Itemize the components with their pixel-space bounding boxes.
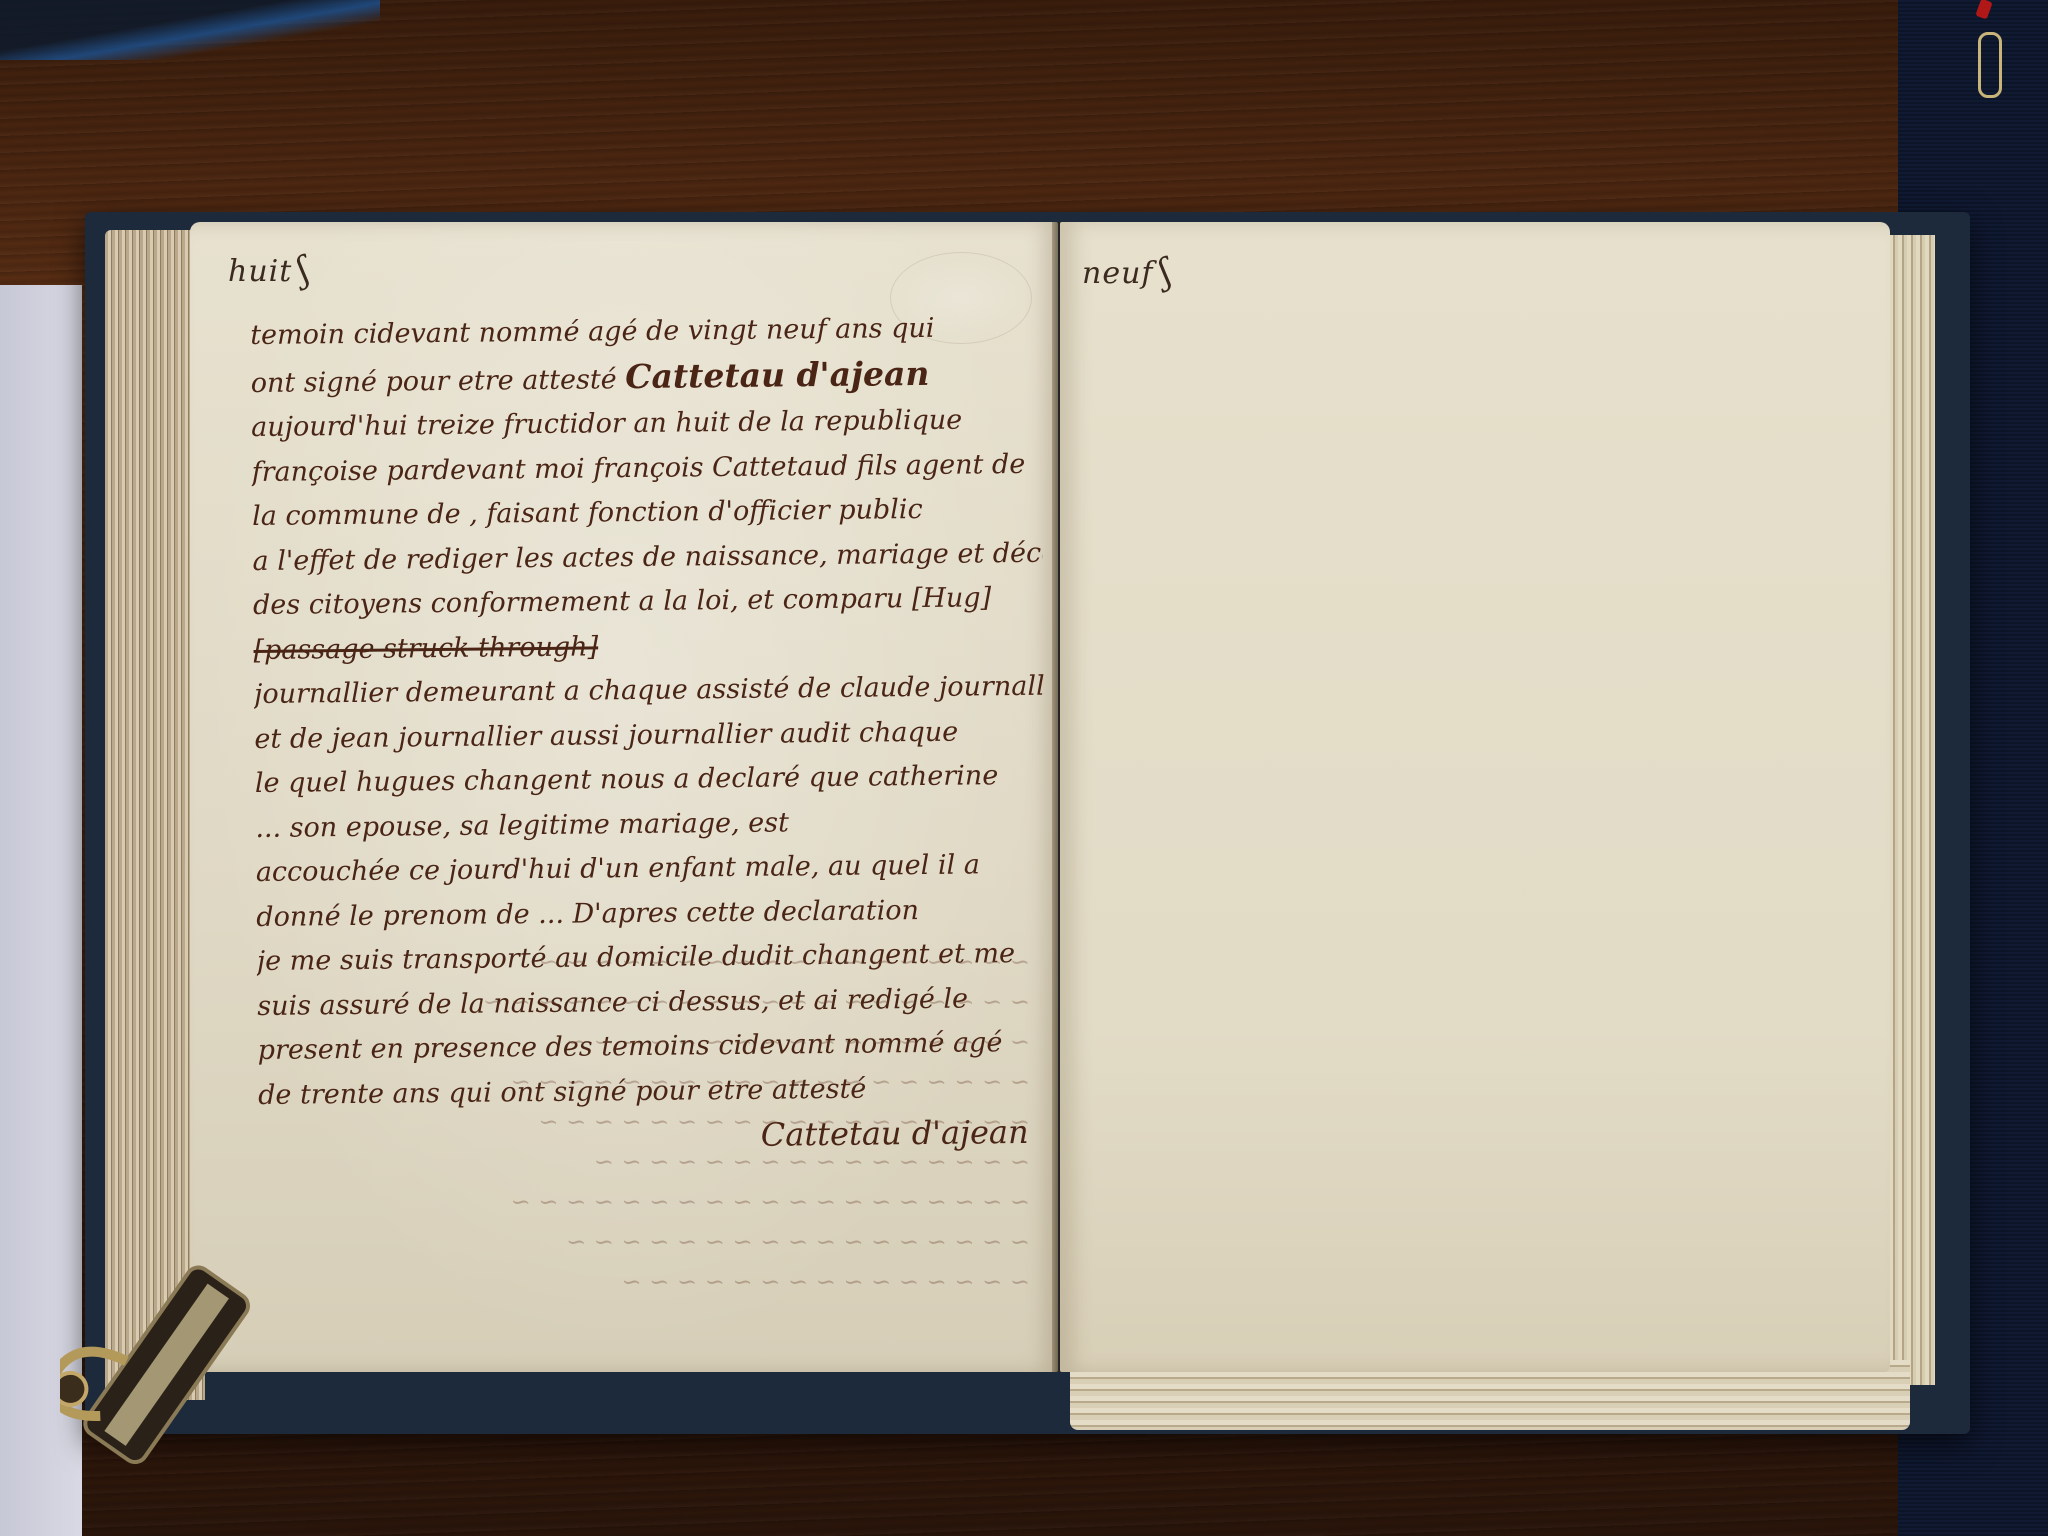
folio-label: neuf bbox=[1082, 256, 1154, 291]
text-line: accouchée ce jourd'hui d'un enfant male,… bbox=[256, 843, 1046, 896]
spine-ornament-red bbox=[1975, 0, 1992, 20]
folio-label: huit bbox=[228, 254, 292, 289]
text-line: françoise pardevant moi françois Catteta… bbox=[251, 442, 1041, 495]
folio-number-left: huitʃ bbox=[228, 250, 309, 290]
paraph-flourish-icon: ʃ bbox=[290, 250, 316, 291]
spine-ornament-gold bbox=[1978, 32, 2002, 98]
left-page: huitʃ temoin cidevant nommé agé de vingt… bbox=[190, 222, 1058, 1372]
text-line: aujourd'hui treize fructidor an huit de … bbox=[251, 398, 1041, 451]
bleed-through-ink: ~ ~ ~ ~ ~ ~ ~ ~ ~ ~ ~ ~ ~ ~ ~ ~ ~ ~ ~ ~ … bbox=[230, 942, 1030, 1342]
paraph-flourish-icon: ʃ bbox=[1152, 252, 1178, 293]
text-line: le quel hugues changent nous a declaré q… bbox=[255, 754, 1045, 807]
binder-clip-icon bbox=[60, 1260, 320, 1490]
text-line: des citoyens conformement a la loi, et c… bbox=[253, 576, 1043, 629]
right-page: neufʃ bbox=[1060, 222, 1890, 1372]
folio-number-right: neufʃ bbox=[1082, 252, 1170, 292]
blue-object-top-left bbox=[0, 0, 380, 60]
inline-signature: Cattetau d'ajean bbox=[625, 353, 930, 395]
text-line: journallier demeurant a chaque assisté d… bbox=[254, 665, 1044, 718]
text-line: ont signé pour etre attesté Cattetau d'a… bbox=[250, 350, 1040, 406]
text-line: temoin cidevant nommé agé de vingt neuf … bbox=[250, 306, 1040, 359]
